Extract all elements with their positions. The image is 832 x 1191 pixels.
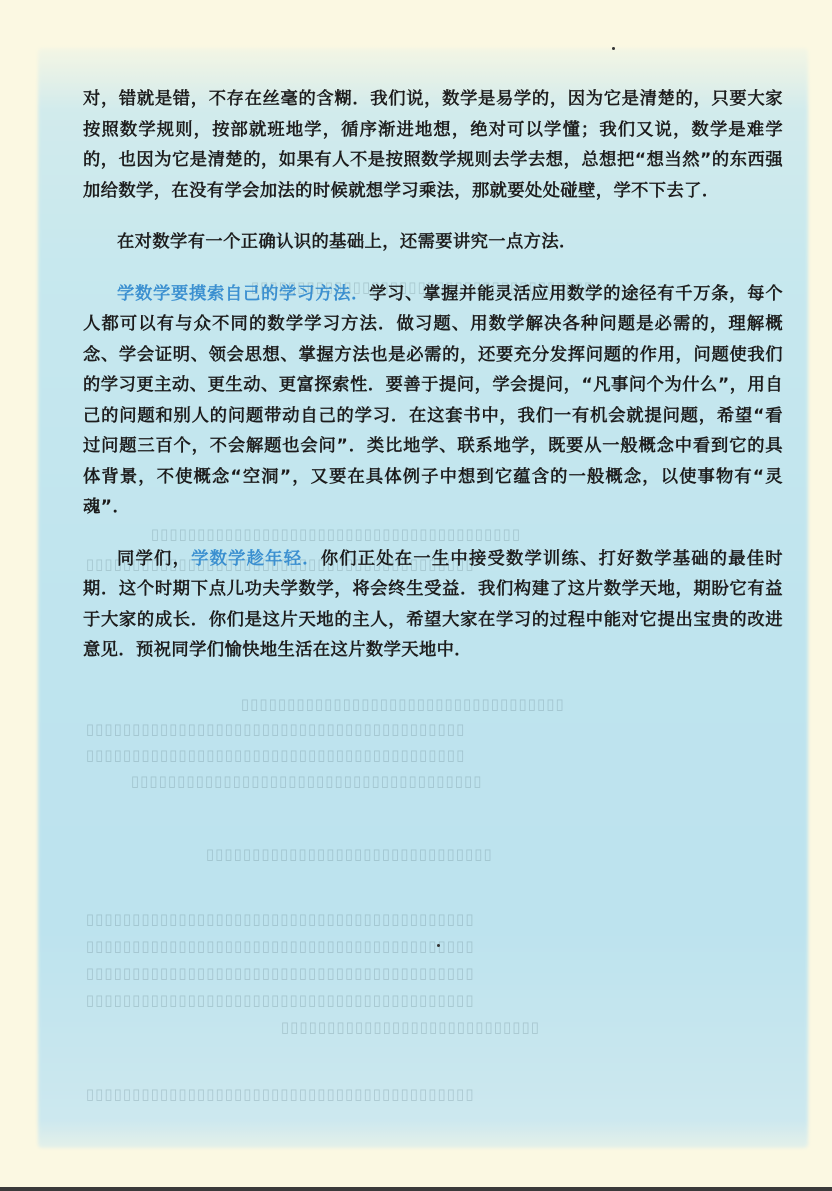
scan-speck	[437, 944, 440, 947]
bleed-through-line: ▯▯▯▯▯▯▯▯▯▯▯▯▯▯▯▯▯▯▯▯▯▯▯▯▯▯▯▯▯▯▯▯▯▯▯▯▯▯▯▯…	[85, 991, 474, 1009]
paragraph-text: 对，错就是错，不存在丝毫的含糊．我们说，数学是易学的，因为它是清楚的，只要大家按…	[83, 89, 783, 201]
highlight-phrase: 学数学要摸索自己的学习方法．	[117, 284, 369, 304]
document-body: 对，错就是错，不存在丝毫的含糊．我们说，数学是易学的，因为它是清楚的，只要大家按…	[83, 84, 783, 666]
paragraph-text: 同学们，	[117, 549, 191, 569]
paragraph-2: 在对数学有一个正确认识的基础上，还需要讲究一点方法．	[83, 227, 783, 258]
scan-bottom-edge	[0, 1187, 832, 1191]
bleed-through-line: ▯▯▯▯▯▯▯▯▯▯▯▯▯▯▯▯▯▯▯▯▯▯▯▯▯▯▯▯▯▯▯▯▯▯▯▯▯▯▯▯…	[85, 746, 464, 764]
bleed-through-line: ▯▯▯▯▯▯▯▯▯▯▯▯▯▯▯▯▯▯▯▯▯▯▯▯▯▯▯▯▯▯▯▯▯▯▯▯▯▯▯▯…	[85, 910, 474, 928]
bleed-through-line: ▯▯▯▯▯▯▯▯▯▯▯▯▯▯▯▯▯▯▯▯▯▯▯▯▯▯▯▯▯▯▯▯▯▯▯▯▯▯	[130, 772, 482, 790]
paragraph-4: 同学们，学数学趁年轻．你们正处在一生中接受数学训练、打好数学基础的最佳时期．这个…	[83, 544, 783, 666]
highlight-phrase: 学数学趁年轻．	[191, 549, 321, 569]
bleed-through-line: ▯▯▯▯▯▯▯▯▯▯▯▯▯▯▯▯▯▯▯▯▯▯▯▯▯▯▯▯	[280, 1018, 539, 1036]
bleed-through-line: ▯▯▯▯▯▯▯▯▯▯▯▯▯▯▯▯▯▯▯▯▯▯▯▯▯▯▯▯▯▯▯▯▯▯▯▯▯▯▯▯…	[85, 720, 464, 738]
bleed-through-line: ▯▯▯▯▯▯▯▯▯▯▯▯▯▯▯▯▯▯▯▯▯▯▯▯▯▯▯▯▯▯▯▯▯▯▯▯▯▯▯▯…	[85, 1085, 474, 1103]
paragraph-text: 在对数学有一个正确认识的基础上，还需要讲究一点方法．	[117, 232, 577, 252]
bleed-through-line: ▯▯▯▯▯▯▯▯▯▯▯▯▯▯▯▯▯▯▯▯▯▯▯▯▯▯▯▯▯▯▯	[205, 845, 492, 863]
paragraph-text: 学习、掌握并能灵活应用数学的途径有千万条，每个人都可以有与众不同的数学学习方法．…	[83, 284, 783, 518]
bleed-through-line: ▯▯▯▯▯▯▯▯▯▯▯▯▯▯▯▯▯▯▯▯▯▯▯▯▯▯▯▯▯▯▯▯▯▯▯	[240, 695, 564, 713]
scan-speck	[612, 47, 615, 50]
paragraph-3: 学数学要摸索自己的学习方法．学习、掌握并能灵活应用数学的途径有千万条，每个人都可…	[83, 279, 783, 523]
bleed-through-line: ▯▯▯▯▯▯▯▯▯▯▯▯▯▯▯▯▯▯▯▯▯▯▯▯▯▯▯▯▯▯▯▯▯▯▯▯▯▯▯▯…	[85, 964, 474, 982]
bleed-through-line: ▯▯▯▯▯▯▯▯▯▯▯▯▯▯▯▯▯▯▯▯▯▯▯▯▯▯▯▯▯▯▯▯▯▯▯▯▯▯▯▯…	[85, 937, 474, 955]
paragraph-1: 对，错就是错，不存在丝毫的含糊．我们说，数学是易学的，因为它是清楚的，只要大家按…	[83, 84, 783, 206]
page-bottom-margin	[0, 1120, 832, 1180]
